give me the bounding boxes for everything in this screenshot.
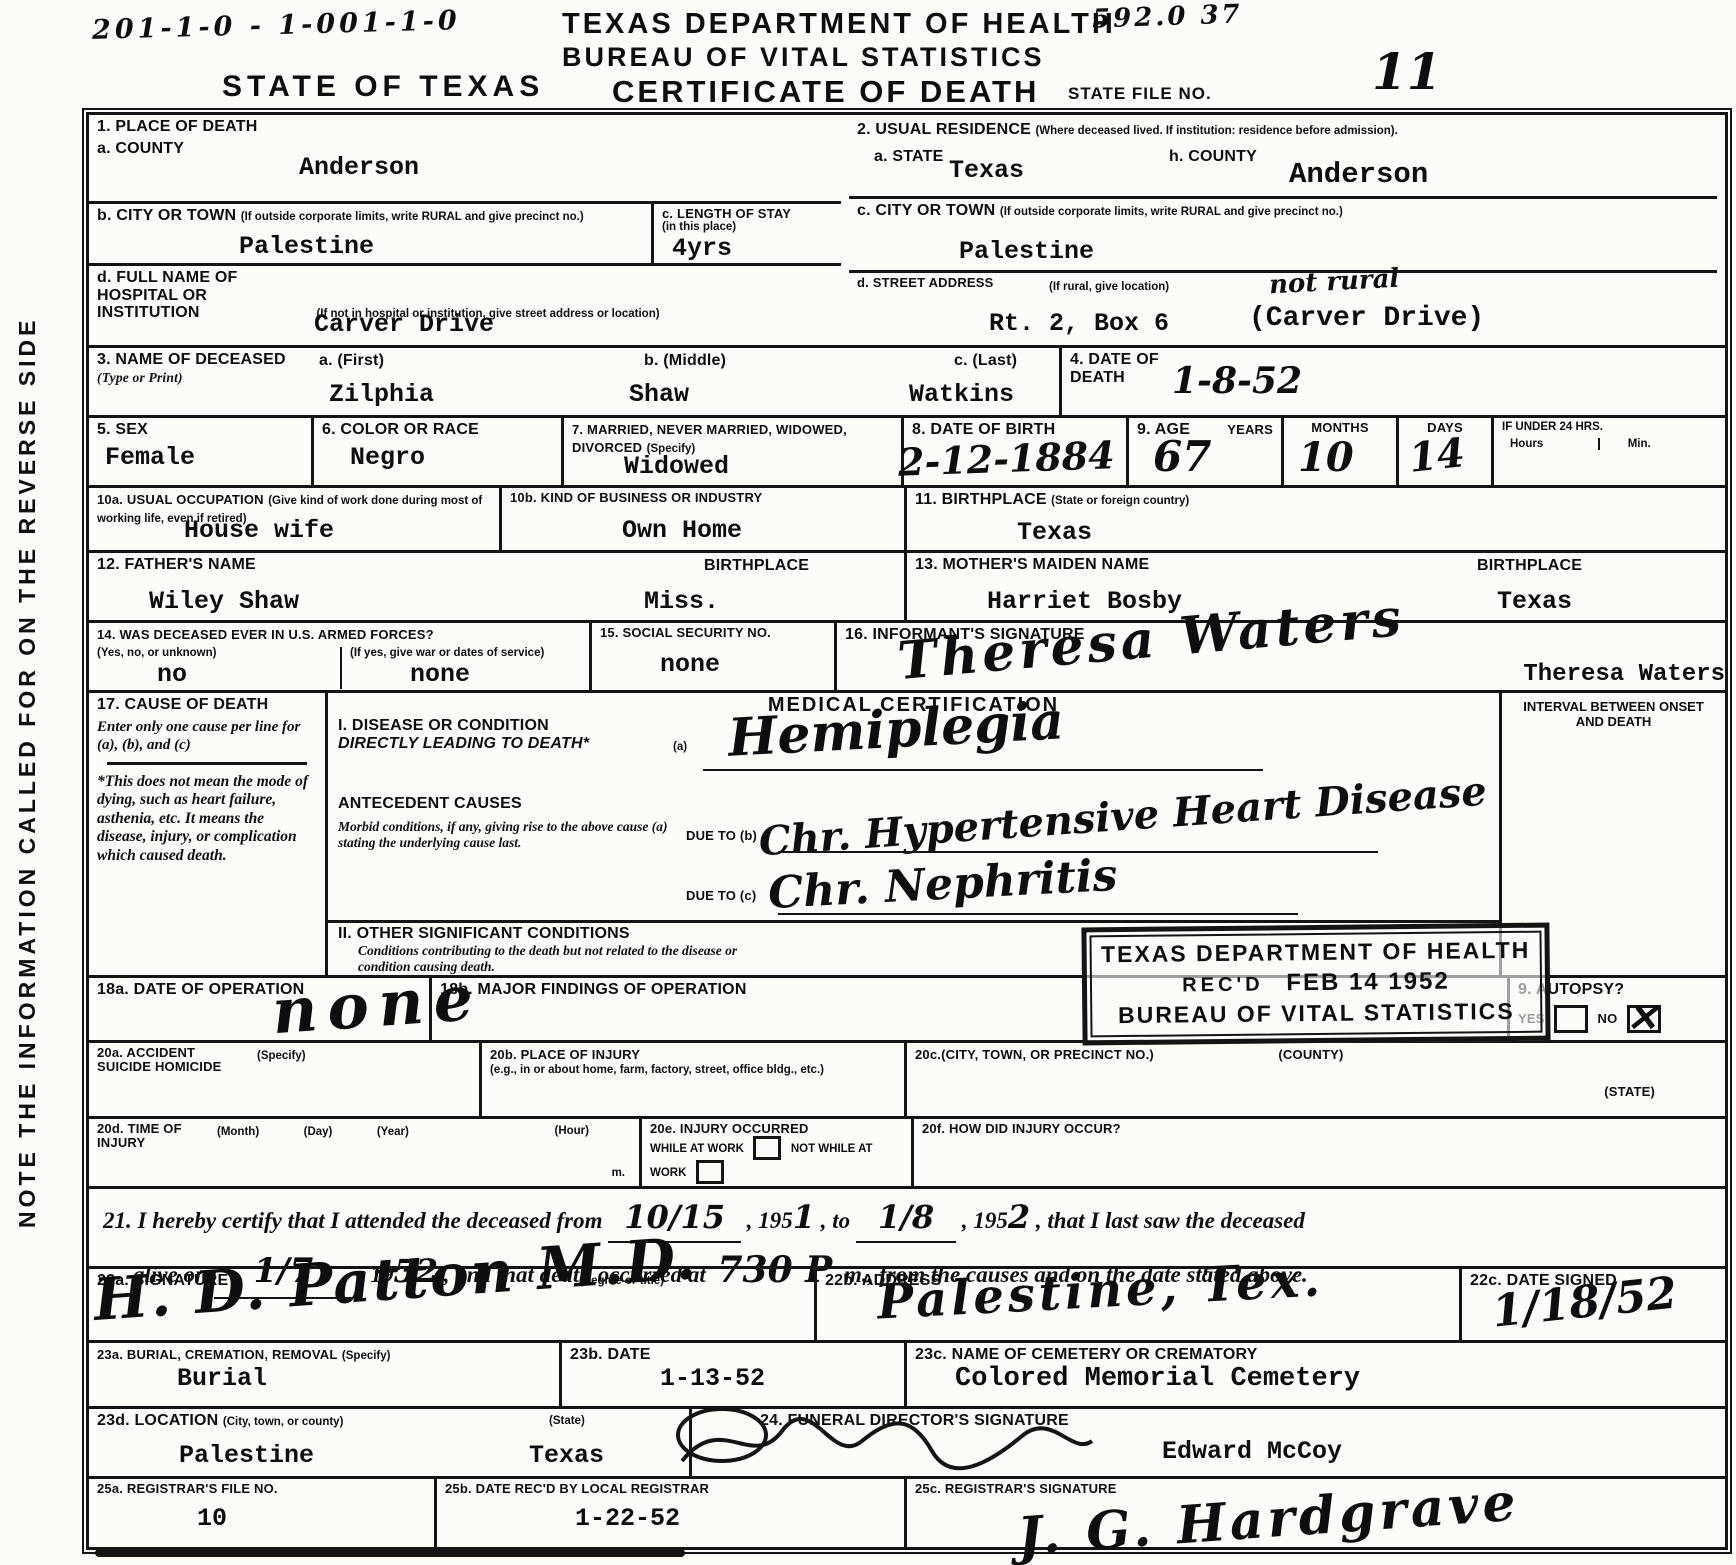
row-sex-race-birth-age: 5. SEX Female 6. COLOR OR RACE Negro 7. … (89, 415, 1725, 485)
residence-city-value: Palestine (959, 237, 1094, 266)
row-name-and-date: 3. NAME OF DECEASED (Type or Print) a. (… (89, 345, 1725, 415)
state-file-no-label: STATE FILE NO. (1068, 84, 1212, 104)
cell-20a-accident: 20a. ACCIDENT SUICIDE HOMICIDE (Specify) (89, 1043, 479, 1116)
certify-p2: , to (821, 1208, 850, 1233)
cell-2c-city: c. CITY OR TOWN (If outside corporate li… (849, 196, 1717, 270)
place-of-injury-label: 20b. PLACE OF INJURY (490, 1047, 640, 1062)
father-birthplace-value: Miss. (644, 587, 719, 616)
antecedent-block: ANTECEDENT CAUSES Morbid conditions, if … (328, 795, 1499, 920)
how-injury-label: 20f. HOW DID INJURY OCCUR? (922, 1122, 1717, 1136)
autopsy-yes-checkbox (1554, 1005, 1588, 1033)
armed-forces-yn: (Yes, no, or unknown) no (89, 647, 340, 689)
cell-15-ssn: 15. SOCIAL SECURITY NO. none (589, 623, 834, 690)
cell-17-notes: 17. CAUSE OF DEATH Enter only one cause … (89, 693, 325, 975)
department-title: TEXAS DEPARTMENT OF HEALTH (562, 8, 1116, 41)
cell-10b-industry: 10b. KIND OF BUSINESS OR INDUSTRY Own Ho… (499, 488, 904, 550)
cell-9-age-days: DAYS 14 (1396, 418, 1491, 485)
place-of-death-column: 1. PLACE OF DEATH a. COUNTY Anderson b. … (89, 115, 841, 345)
cell-1c-length-of-stay: c. LENGTH OF STAY (in this place) 4yrs (651, 204, 841, 263)
row-injury-1: 20a. ACCIDENT SUICIDE HOMICIDE (Specify)… (89, 1040, 1725, 1116)
cell-14-armed-forces: 14. WAS DECEASED EVER IN U.S. ARMED FORC… (89, 623, 589, 690)
armed-forces-yn-note: (Yes, no, or unknown) (97, 647, 332, 660)
burial-value: Burial (177, 1364, 551, 1393)
disease-label-2: DIRECTLY LEADING TO DEATH* (338, 735, 668, 753)
date-of-birth-value: 2-12-1884 (897, 432, 1115, 485)
cell-22b-address: 22b. ADDRESS Palestine, Tex. (814, 1269, 1459, 1340)
stamp-line-2: REC'D FEB 14 1952 (1098, 967, 1534, 1000)
marital-value: Widowed (624, 452, 729, 481)
residence-county-value: Anderson (1289, 158, 1428, 191)
middle-name-value: Shaw (629, 380, 689, 409)
burial-label: 23a. BURIAL, CREMATION, REMOVAL (97, 1347, 337, 1362)
state-of-texas-heading: STATE OF TEXAS (222, 70, 544, 104)
first-name-label: a. (First) (319, 352, 384, 370)
injury-city-label: 20c.(CITY, TOWN, OR PRECINCT NO.) (915, 1047, 1154, 1062)
certify-y2: , 195 (962, 1208, 1008, 1233)
cell-9-age-months: MONTHS 10 (1281, 418, 1396, 485)
industry-label: 10b. KIND OF BUSINESS OR INDUSTRY (510, 491, 896, 505)
due-to-c-rule (778, 913, 1298, 915)
usual-residence-note: (Where deceased lived. If institution: r… (1035, 125, 1397, 137)
cell-22c-date-signed: 22c. DATE SIGNED 1/18/52 (1459, 1269, 1725, 1340)
birthplace-value: Texas (1017, 518, 1092, 547)
attended-from-year: 1 (793, 1198, 815, 1236)
cell-7-marital: 7. MARRIED, NEVER MARRIED, WIDOWED, DIVO… (561, 418, 901, 485)
cell-12-father: 12. FATHER'S NAME BIRTHPLACE Wiley Shaw … (89, 553, 904, 620)
middle-name-label: b. (Middle) (644, 352, 726, 370)
cell-23a-burial: 23a. BURIAL, CREMATION, REMOVAL (Specify… (89, 1343, 559, 1406)
line-a-label: (a) (673, 741, 687, 754)
street-not-rural-handwritten: not rural (1268, 264, 1400, 301)
cemetery-value: Colored Memorial Cemetery (955, 1364, 1717, 1394)
due-to-b-label: DUE TO (b) (686, 829, 757, 843)
cell-3-name: 3. NAME OF DECEASED (Type or Print) a. (… (89, 348, 1059, 415)
certify-y1: , 195 (747, 1208, 793, 1233)
state-file-no-value: 11 (1372, 42, 1442, 101)
armed-forces-war: (If yes, give war or dates of service) n… (340, 647, 589, 689)
length-of-stay-value: 4yrs (672, 234, 732, 263)
cause-note-1: Enter only one cause per line for (a), (… (97, 718, 317, 754)
residence-city-label: c. CITY OR TOWN (857, 202, 995, 219)
armed-forces-yn-value: no (157, 660, 332, 689)
cause-note-divider (107, 762, 307, 765)
residence-state-value: Texas (949, 156, 1024, 185)
antecedent-note: Morbid conditions, if any, giving rise t… (338, 819, 678, 851)
cell-5-sex: 5. SEX Female (89, 418, 311, 485)
location-state-value: Texas (529, 1441, 604, 1470)
street-address-note: (If rural, give location) (1049, 281, 1169, 294)
attended-to-date: 1/8 (856, 1193, 956, 1243)
age-years-label: YEARS (1227, 423, 1273, 437)
row-location-director: 23d. LOCATION (City, town, or county) (S… (89, 1406, 1725, 1476)
row-physician: 22a. SIGNATURE (Degree or title) H. D. P… (89, 1266, 1725, 1340)
burial-date-label: 23b. DATE (570, 1346, 896, 1364)
armed-forces-war-value: none (410, 660, 581, 689)
county-label: a. COUNTY (97, 140, 833, 158)
line-a-rule (703, 769, 1263, 771)
interval-label: INTERVAL BETWEEN ONSET AND DEATH (1510, 700, 1717, 730)
occupation-value: House wife (184, 516, 334, 545)
city-label: b. CITY OR TOWN (97, 207, 236, 224)
cell-1d-hospital: d. FULL NAME OF HOSPITAL OR INSTITUTION … (89, 263, 841, 345)
cell-25c-registrar-signature: 25c. REGISTRAR'S SIGNATURE J. G. Hardgra… (904, 1479, 1725, 1547)
year-label: (Year) (377, 1126, 409, 1138)
hour-label: (Hour) (555, 1125, 590, 1138)
race-value: Negro (350, 443, 553, 472)
last-name-label: c. (Last) (954, 352, 1017, 370)
cell-20f-how-injury: 20f. HOW DID INJURY OCCUR? (911, 1119, 1725, 1186)
meridiem-label: m. (612, 1167, 625, 1180)
cell-23b-burial-date: 23b. DATE 1-13-52 (559, 1343, 904, 1406)
received-stamp-inner: TEXAS DEPARTMENT OF HEALTH REC'D FEB 14 … (1089, 931, 1542, 1038)
cell-20d-time-of-injury: 20d. TIME OF INJURY (Month) (Day) (Year)… (89, 1119, 639, 1186)
row-forces-ssn-informant: 14. WAS DECEASED EVER IN U.S. ARMED FORC… (89, 620, 1725, 690)
date-of-death-value: 1-8-52 (1172, 360, 1302, 402)
certificate-of-death-heading: CERTIFICATE OF DEATH (612, 74, 1039, 110)
cell-24-funeral-director: 24. FUNERAL DIRECTOR'S SIGNATURE Edward … (689, 1409, 1725, 1476)
cell-11-birthplace: 11. BIRTHPLACE (State or foreign country… (904, 488, 1725, 550)
stamp-recd-label: REC'D (1182, 974, 1264, 997)
cell-9-under-24: IF UNDER 24 HRS. Hours Min. (1491, 418, 1725, 485)
cell-1b-1c: b. CITY OR TOWN (If outside corporate li… (89, 201, 841, 263)
stamp-date: FEB 14 1952 (1286, 968, 1450, 997)
cell-9-age-years: 9. AGE YEARS 67 (1126, 418, 1281, 485)
cell-20b-place-of-injury: 20b. PLACE OF INJURY (e.g., in or about … (479, 1043, 904, 1116)
row-place-and-residence: 1. PLACE OF DEATH a. COUNTY Anderson b. … (89, 115, 1725, 345)
row-registrar: 25a. REGISTRAR'S FILE NO. 10 25b. DATE R… (89, 1476, 1725, 1547)
birthplace-note: (State or foreign country) (1051, 495, 1189, 507)
under-24-label: IF UNDER 24 HRS. (1502, 421, 1717, 434)
place-of-injury-note: (e.g., in or about home, farm, factory, … (490, 1064, 896, 1077)
cell-2a-2h: 2. USUAL RESIDENCE (Where deceased lived… (849, 118, 1717, 196)
registrar-file-no-value: 10 (197, 1504, 426, 1533)
location-label: 23d. LOCATION (97, 1412, 218, 1429)
residence-county-label: h. COUNTY (1169, 148, 1257, 166)
length-of-stay-note: (in this place) (662, 221, 833, 234)
not-while-at-work-checkbox (696, 1160, 724, 1184)
residence-city-note: (If outside corporate limits, write RURA… (1000, 206, 1343, 218)
attended-to-year: 2 (1008, 1198, 1030, 1236)
age-days-value: 14 (1407, 429, 1467, 482)
race-label: 6. COLOR OR RACE (322, 421, 553, 439)
first-name-value: Zilphia (329, 380, 434, 409)
place-of-death-label: 1. PLACE OF DEATH (97, 118, 833, 136)
age-years-value: 67 (1153, 432, 1211, 481)
handwritten-file-code: 201-1-0 - 1-001-1-0 (92, 5, 461, 46)
funeral-director-typed-name: Edward McCoy (1162, 1437, 1342, 1466)
accident-label: 20a. ACCIDENT SUICIDE HOMICIDE (97, 1046, 227, 1075)
certify-p3: , that I last saw the deceased (1036, 1208, 1305, 1233)
autopsy-no-checkbox (1627, 1005, 1661, 1033)
armed-forces-label-wrap: 14. WAS DECEASED EVER IN U.S. ARMED FORC… (89, 623, 589, 647)
mother-birthplace-value: Texas (1497, 587, 1572, 616)
armed-forces-sub: (Yes, no, or unknown) no (If yes, give w… (89, 647, 589, 689)
street-address-value: Rt. 2, Box 6 (989, 309, 1169, 338)
date-recd-value: 1-22-52 (575, 1504, 896, 1533)
informant-typed-name: Theresa Waters (1523, 661, 1725, 688)
cell-4-date-of-death: 4. DATE OF DEATH 1-8-52 (1059, 348, 1725, 415)
ssn-value: none (660, 650, 826, 679)
operation-none-handwritten: none (270, 961, 486, 1049)
sex-label: 5. SEX (97, 421, 303, 439)
cell-22a-signature: 22a. SIGNATURE (Degree or title) H. D. P… (89, 1269, 814, 1340)
mother-birthplace-label: BIRTHPLACE (1477, 557, 1582, 575)
length-of-stay-label: c. LENGTH OF STAY (662, 207, 833, 221)
row-parents: 12. FATHER'S NAME BIRTHPLACE Wiley Shaw … (89, 550, 1725, 620)
cause-of-death-label: 17. CAUSE OF DEATH (97, 696, 317, 714)
time-of-injury-label: 20d. TIME OF INJURY (97, 1122, 187, 1151)
day-label: (Day) (304, 1126, 333, 1138)
marital-label: 7. MARRIED, NEVER MARRIED, WIDOWED, DIVO… (572, 422, 847, 455)
burial-date-value: 1-13-52 (660, 1364, 896, 1393)
stamp-line-1: TEXAS DEPARTMENT OF HEALTH (1098, 937, 1534, 969)
burial-note: (Specify) (342, 1350, 391, 1362)
received-stamp: TEXAS DEPARTMENT OF HEALTH REC'D FEB 14 … (1081, 923, 1550, 1046)
row-injury-2: 20d. TIME OF INJURY (Month) (Day) (Year)… (89, 1116, 1725, 1186)
certificate-form: 1. PLACE OF DEATH a. COUNTY Anderson b. … (86, 112, 1728, 1550)
injury-occurred-label: 20e. INJURY OCCURRED (650, 1122, 903, 1136)
cell-23d-location: 23d. LOCATION (City, town, or county) (S… (89, 1409, 689, 1476)
minutes-label: Min. (1598, 438, 1651, 450)
certify-line-1: 21. I hereby certify that I attended the… (103, 1193, 1711, 1243)
cell-8-date-of-birth: 8. DATE OF BIRTH 2-12-1884 (901, 418, 1126, 485)
mother-name-label: 13. MOTHER'S MAIDEN NAME (915, 556, 1717, 574)
autopsy-no-label: NO (1598, 1011, 1618, 1026)
street-address-extra: (Carver Drive) (1249, 303, 1484, 334)
registrar-file-no-label: 25a. REGISTRAR'S FILE NO. (97, 1482, 426, 1496)
industry-value: Own Home (622, 516, 742, 545)
usual-residence-column: 2. USUAL RESIDENCE (Where deceased lived… (841, 115, 1725, 345)
cell-25a-file-no: 25a. REGISTRAR'S FILE NO. 10 (89, 1479, 434, 1547)
cell-20e-injury-occurred: 20e. INJURY OCCURRED WHILE AT WORK NOT W… (639, 1119, 911, 1186)
cell-2d-street: d. STREET ADDRESS (If rural, give locati… (849, 270, 1717, 342)
city-value: Palestine (239, 232, 374, 261)
location-note: (City, town, or county) (223, 1416, 344, 1428)
due-to-c-label: DUE TO (c) (686, 889, 756, 903)
injury-state-label: (STATE) (1604, 1085, 1655, 1099)
stamp-line-3: BUREAU OF VITAL STATISTICS (1098, 998, 1534, 1030)
row-burial: 23a. BURIAL, CREMATION, REMOVAL (Specify… (89, 1340, 1725, 1406)
location-state-label: (State) (549, 1415, 585, 1428)
cause-note-2: *This does not mean the mode of dying, s… (97, 773, 317, 866)
injury-county-label: (COUNTY) (1278, 1047, 1343, 1062)
ssn-label: 15. SOCIAL SECURITY NO. (600, 626, 826, 640)
bureau-title: BUREAU OF VITAL STATISTICS (562, 42, 1045, 73)
accident-note: (Specify) (257, 1050, 306, 1062)
name-of-deceased-label: 3. NAME OF DECEASED (Type or Print) (97, 351, 297, 386)
date-of-death-label: 4. DATE OF DEATH (1070, 351, 1160, 386)
cell-16-informant: 16. INFORMANT'S SIGNATURE Theresa Waters… (834, 623, 1725, 690)
armed-forces-label: 14. WAS DECEASED EVER IN U.S. ARMED FORC… (97, 627, 434, 642)
sex-value: Female (105, 443, 303, 472)
cell-10a-occupation: 10a. USUAL OCCUPATION (Give kind of work… (89, 488, 499, 550)
location-city-value: Palestine (179, 1441, 314, 1470)
certify-p1: 21. I hereby certify that I attended the… (103, 1208, 603, 1233)
hours-label: Hours (1510, 438, 1543, 450)
name-label-main: 3. NAME OF DECEASED (97, 351, 286, 368)
handwritten-dept-number: 592.0 37 (1092, 0, 1244, 35)
armed-forces-war-note: (If yes, give war or dates of service) (350, 647, 581, 660)
name-label-typeprint: (Type or Print) (97, 370, 183, 385)
cell-23c-cemetery: 23c. NAME OF CEMETERY OR CREMATORY Color… (904, 1343, 1725, 1406)
cell-20c-city-county-state: 20c.(CITY, TOWN, OR PRECINCT NO.) (COUNT… (904, 1043, 1725, 1116)
age-months-value: 10 (1298, 434, 1354, 481)
cell-25b-date-recd: 25b. DATE REC'D BY LOCAL REGISTRAR 1-22-… (434, 1479, 904, 1547)
usual-residence-label: 2. USUAL RESIDENCE (857, 121, 1031, 138)
month-label: (Month) (217, 1126, 259, 1138)
father-birthplace-label: BIRTHPLACE (704, 557, 809, 575)
funeral-director-signature-scribble (662, 1401, 1102, 1475)
cemetery-label: 23c. NAME OF CEMETERY OR CREMATORY (915, 1346, 1717, 1364)
scan-artifact-bar (95, 1549, 685, 1557)
hospital-value: Carver Drive (314, 310, 494, 339)
hospital-label: d. FULL NAME OF HOSPITAL OR INSTITUTION (97, 269, 312, 322)
occupation-label: 10a. USUAL OCCUPATION (97, 492, 264, 507)
while-at-work-checkbox (753, 1136, 781, 1160)
death-certificate-scan: 201-1-0 - 1-001-1-0 TEXAS DEPARTMENT OF … (0, 0, 1736, 1565)
cell-1b-city: b. CITY OR TOWN (If outside corporate li… (89, 204, 651, 263)
row-occupation-birthplace: 10a. USUAL OCCUPATION (Give kind of work… (89, 485, 1725, 550)
cell-1a-county: 1. PLACE OF DEATH a. COUNTY Anderson (89, 115, 841, 201)
city-note: (If outside corporate limits, write RURA… (241, 211, 584, 223)
residence-state-label: a. STATE (874, 148, 943, 166)
county-value: Anderson (299, 153, 419, 182)
disease-label-1: I. DISEASE OR CONDITION (338, 717, 658, 735)
reverse-side-margin-note: NOTE THE INFORMATION CALLED FOR ON THE R… (14, 288, 41, 1228)
while-at-work-label: WHILE AT WORK (650, 1144, 744, 1156)
birthplace-label: 11. BIRTHPLACE (915, 491, 1047, 508)
father-name-value: Wiley Shaw (149, 587, 299, 616)
last-name-value: Watkins (909, 380, 1014, 409)
cell-6-race: 6. COLOR OR RACE Negro (311, 418, 561, 485)
date-recd-label: 25b. DATE REC'D BY LOCAL REGISTRAR (445, 1482, 896, 1496)
